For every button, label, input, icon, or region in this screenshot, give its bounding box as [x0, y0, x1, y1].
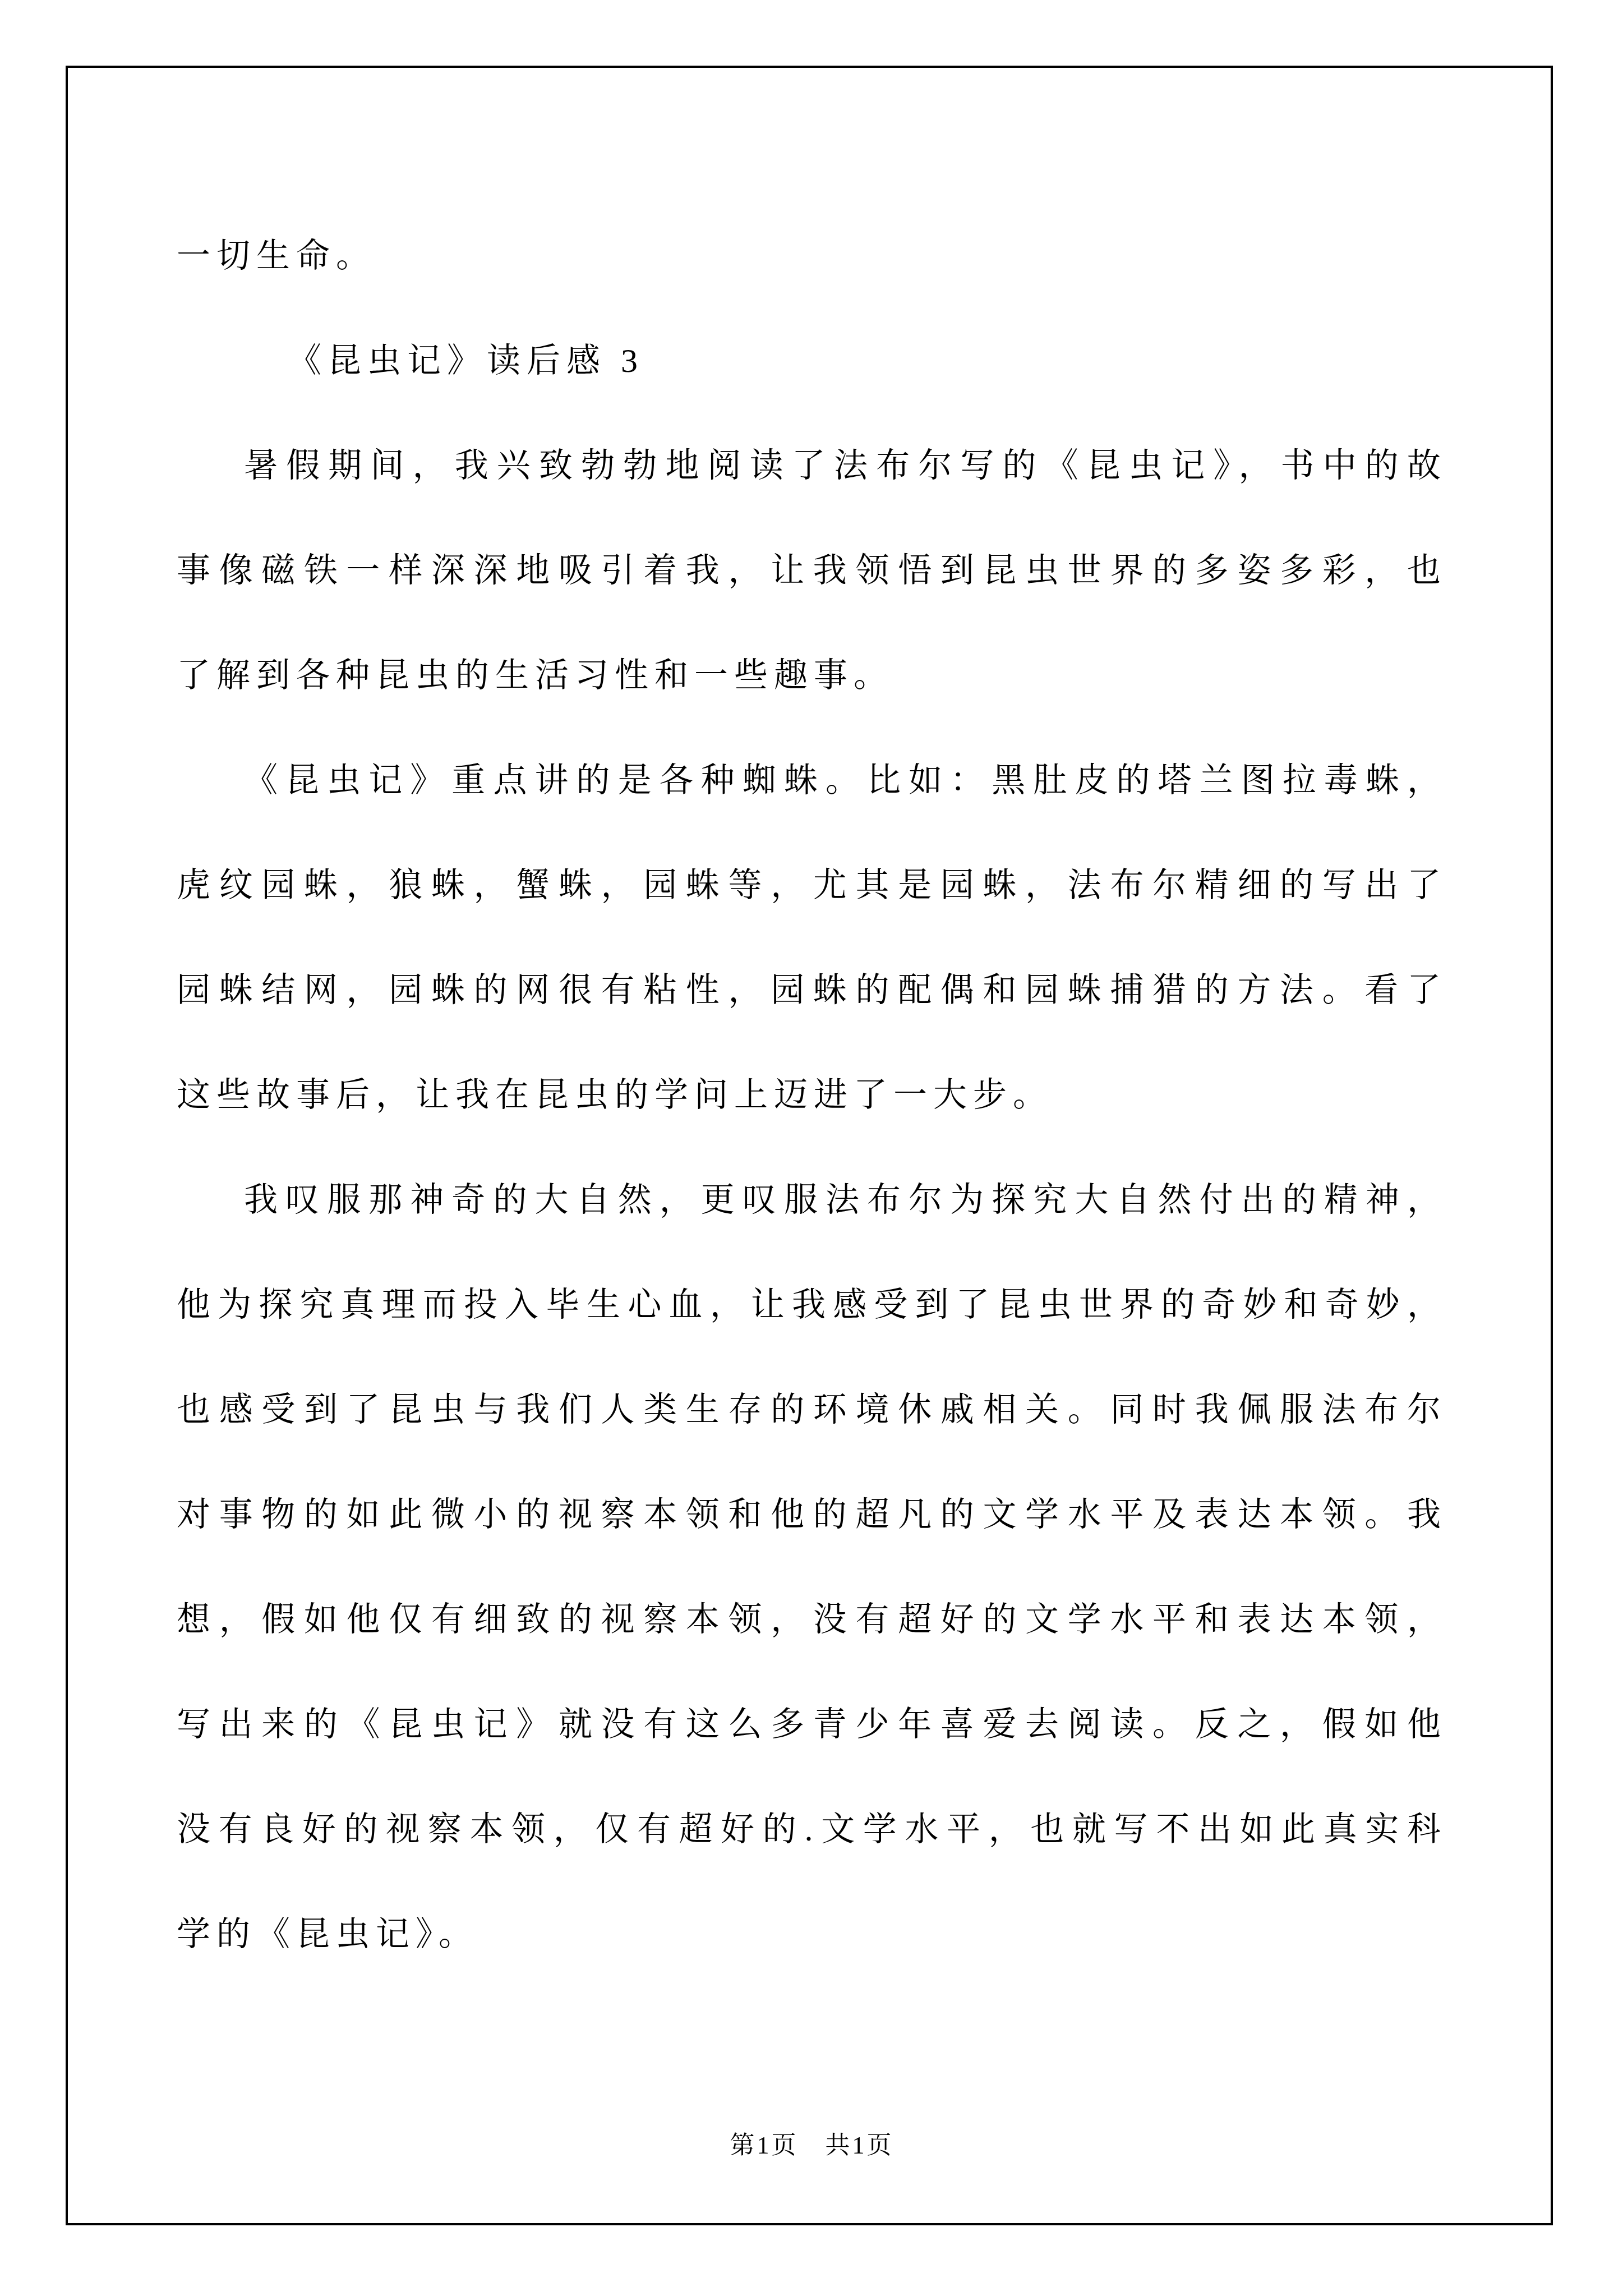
text-line: 这些故事后，让我在昆虫的学问上迈进了一大步。 [177, 1043, 1447, 1148]
text-line: 也感受到了昆虫与我们人类生存的环境休戚相关。同时我佩服法布尔 [177, 1358, 1447, 1462]
document-page: 一切生命。 《昆虫记》读后感 3 暑假期间，我兴致勃勃地阅读了法布尔写的《昆虫记… [0, 0, 1623, 2296]
text-line: 我叹服那神奇的大自然，更叹服法布尔为探究大自然付出的精神， [177, 1148, 1447, 1253]
text-line: 了解到各种昆虫的生活习性和一些趣事。 [177, 623, 1447, 728]
text-line: 想，假如他仅有细致的视察本领，没有超好的文学水平和表达本领， [177, 1567, 1447, 1672]
text-line: 学的《昆虫记》。 [177, 1882, 1447, 1987]
text-line: 《昆虫记》重点讲的是各种蜘蛛。比如：黑肚皮的塔兰图拉毒蛛， [177, 728, 1447, 833]
page-number-footer: 第1页 共1页 [177, 2129, 1447, 2162]
text-line: 暑假期间，我兴致勃勃地阅读了法布尔写的《昆虫记》，书中的故 [177, 413, 1447, 518]
text-line: 对事物的如此微小的视察本领和他的超凡的文学水平及表达本领。我 [177, 1462, 1447, 1567]
text-line: 虎纹园蛛，狼蛛，蟹蛛，园蛛等，尤其是园蛛，法布尔精细的写出了 [177, 833, 1447, 938]
section-heading: 《昆虫记》读后感 3 [177, 309, 1447, 413]
text-line: 他为探究真理而投入毕生心血，让我感受到了昆虫世界的奇妙和奇妙， [177, 1253, 1447, 1358]
text-line: 一切生命。 [177, 204, 1447, 309]
text-line: 事像磁铁一样深深地吸引着我，让我领悟到昆虫世界的多姿多彩，也 [177, 518, 1447, 623]
text-line: 没有良好的视察本领，仅有超好的.文学水平，也就写不出如此真实科 [177, 1777, 1447, 1882]
text-line: 园蛛结网，园蛛的网很有粘性，园蛛的配偶和园蛛捕猎的方法。看了 [177, 938, 1447, 1043]
text-line: 写出来的《昆虫记》就没有这么多青少年喜爱去阅读。反之，假如他 [177, 1672, 1447, 1777]
document-body: 一切生命。 《昆虫记》读后感 3 暑假期间，我兴致勃勃地阅读了法布尔写的《昆虫记… [177, 204, 1447, 1987]
